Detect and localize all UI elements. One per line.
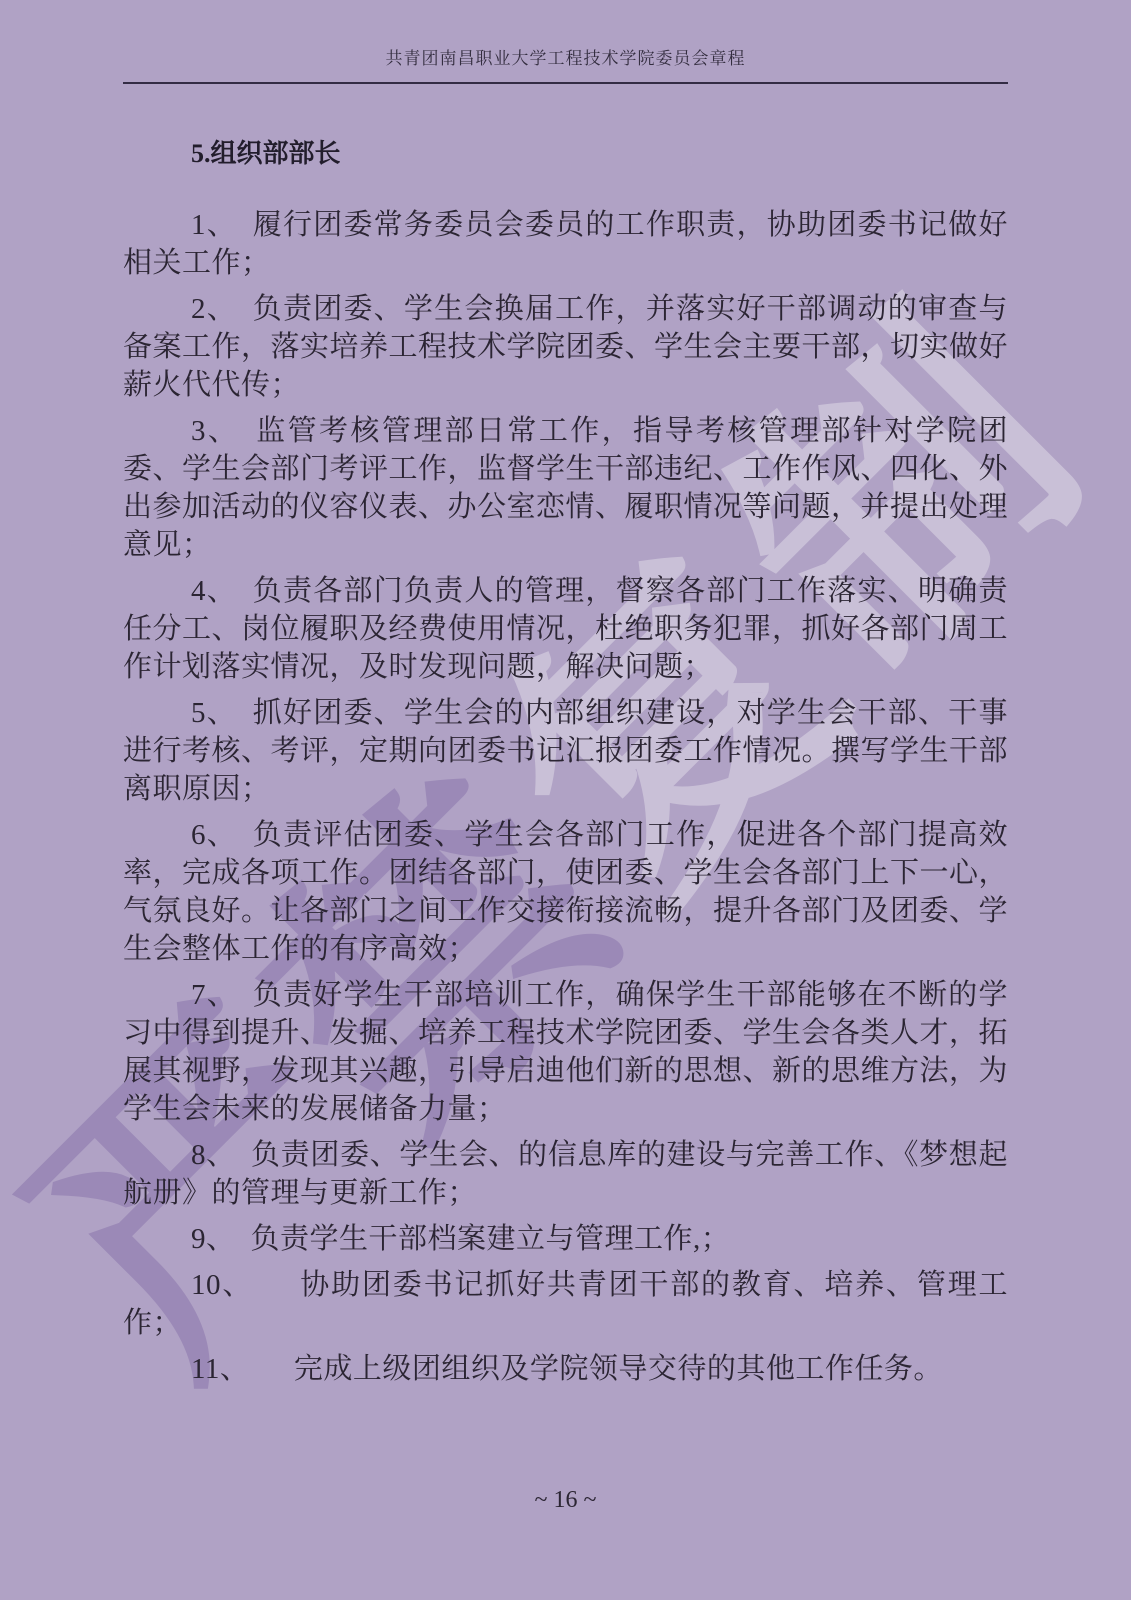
document-page: 严禁复制 共青团南昌职业大学工程技术学院委员会章程 5.组织部部长 1、 履行团… xyxy=(0,0,1131,1600)
section-heading: 5.组织部部长 xyxy=(123,136,1008,172)
page-number: ~ 16 ~ xyxy=(0,1487,1131,1514)
paragraph-6: 6、 负责评估团委、学生会各部门工作，促进各个部门提高效率，完成各项工作。团结各… xyxy=(123,816,1008,968)
paragraph-10: 10、 协助团委书记抓好共青团干部的教育、培养、管理工作； xyxy=(123,1266,1008,1342)
paragraph-7: 7、 负责好学生干部培训工作，确保学生干部能够在不断的学习中得到提升、发掘、培养… xyxy=(123,976,1008,1128)
page-content: 共青团南昌职业大学工程技术学院委员会章程 5.组织部部长 1、 履行团委常务委员… xyxy=(123,0,1008,1396)
paragraph-3: 3、 监管考核管理部日常工作，指导考核管理部针对学院团委、学生会部门考评工作，监… xyxy=(123,412,1008,564)
paragraph-4: 4、 负责各部门负责人的管理，督察各部门工作落实、明确责任分工、岗位履职及经费使… xyxy=(123,572,1008,686)
paragraph-9: 9、 负责学生干部档案建立与管理工作,； xyxy=(123,1220,1008,1258)
paragraph-11: 11、 完成上级团组织及学院领导交待的其他工作任务。 xyxy=(123,1350,1008,1388)
paragraph-8: 8、 负责团委、学生会、的信息库的建设与完善工作、《梦想起航册》的管理与更新工作… xyxy=(123,1136,1008,1212)
paragraph-5: 5、 抓好团委、学生会的内部组织建设，对学生会干部、干事进行考核、考评，定期向团… xyxy=(123,694,1008,808)
paragraph-2: 2、 负责团委、学生会换届工作，并落实好干部调动的审查与备案工作，落实培养工程技… xyxy=(123,290,1008,404)
header-rule xyxy=(123,82,1008,84)
paragraph-1: 1、 履行团委常务委员会委员的工作职责，协助团委书记做好相关工作； xyxy=(123,206,1008,282)
page-header-title: 共青团南昌职业大学工程技术学院委员会章程 xyxy=(123,44,1008,69)
